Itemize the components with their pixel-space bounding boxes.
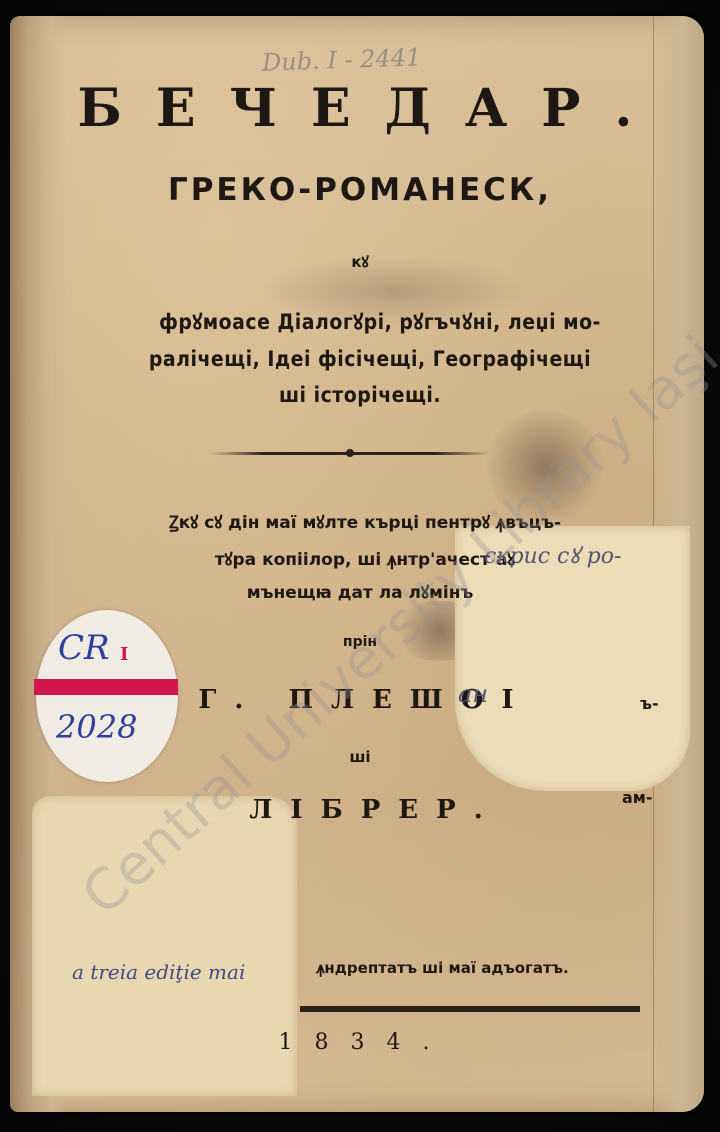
ornamental-divider	[210, 452, 490, 455]
call-number-mark: I	[120, 644, 128, 665]
description-line: фрꙋмоасе Діалогꙋрі, рꙋгъчꙋні, леџі мо-	[0, 308, 720, 336]
margin-fragment: ам-	[622, 788, 653, 807]
publication-year: 1834.	[0, 1030, 720, 1055]
pencil-shelfmark: Dub. I - 2441	[262, 43, 422, 77]
source-line: мънещꙗ дат ла лꙋмінъ	[0, 580, 720, 603]
handwritten-edition-note: а treia ediţie mai	[72, 960, 245, 984]
author-name-2: ЛІБРЕР.	[0, 795, 720, 825]
handwritten-name-ending: ан	[458, 680, 488, 708]
label-red-band	[34, 679, 178, 695]
book-title: БЕЧЕДАР.	[0, 78, 720, 139]
call-number: 2028	[56, 708, 137, 746]
connector-word: кꙋ	[0, 252, 720, 272]
margin-fragment: ъ-	[640, 694, 659, 713]
divider-dot	[346, 449, 354, 457]
bottom-divider	[300, 1006, 640, 1012]
description-line: ралічещі, Ідеі фісічещі, Географічещі	[0, 347, 720, 371]
call-number-prefix: CR	[58, 628, 110, 668]
library-call-number-label: CR I 2028	[36, 610, 178, 782]
source-line: Ꙁкꙋ сꙋ дін маї мꙋлте кърці пентрꙋ ꙟвъцъ-	[0, 510, 720, 533]
book-subtitle: ГРЕКО-РОМАНЕСК,	[0, 172, 720, 208]
